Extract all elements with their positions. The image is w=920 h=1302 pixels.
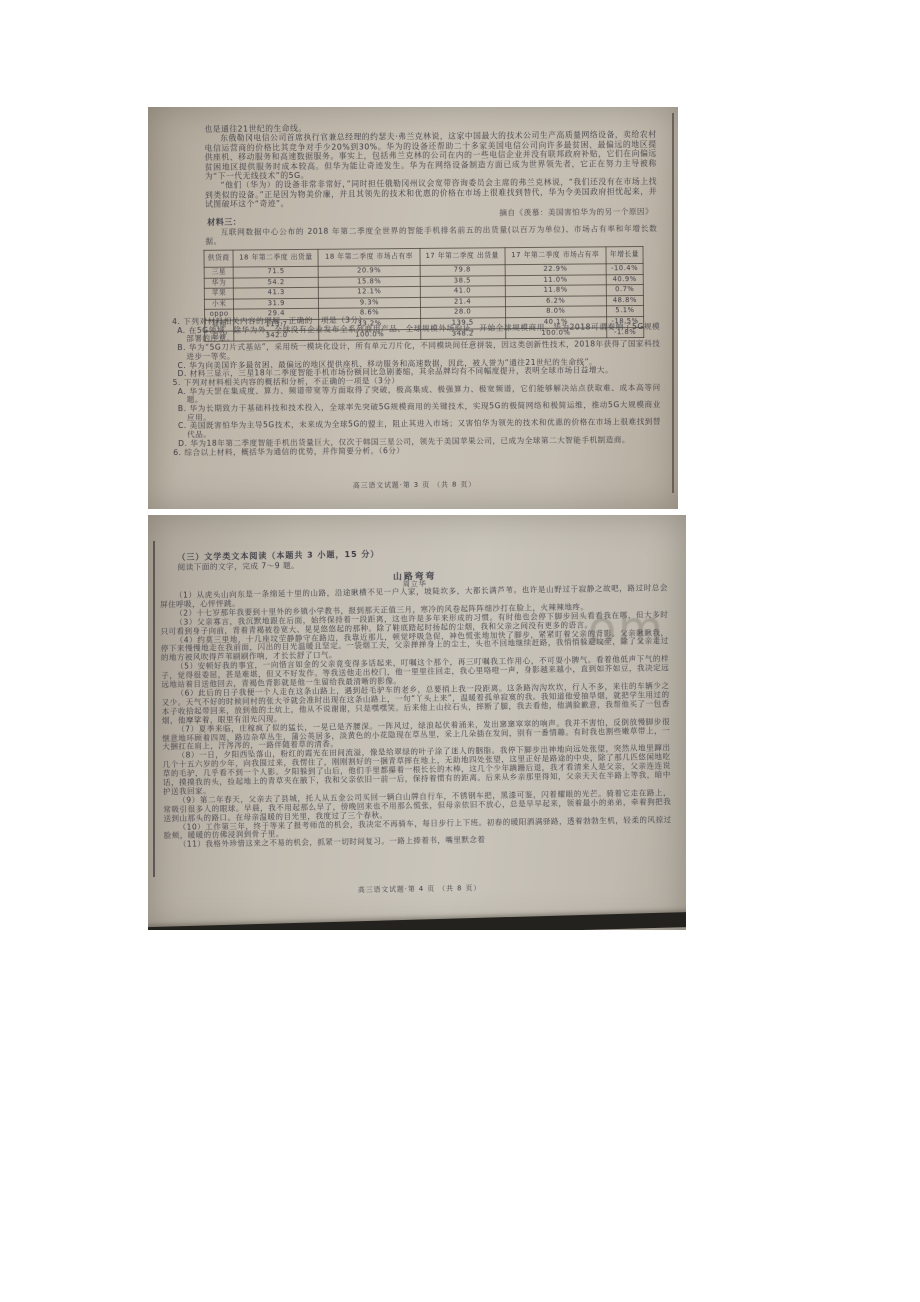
table-cell: 79.8 [420,265,505,276]
page-2-footer: 高三语文试题·第 4 页 （共 8 页） [151,879,686,897]
paragraph: 东俄勒冈电信公司首席执行官兼总经理的约瑟夫·弗兰克林说，这家中国最大的技术公司生… [204,130,656,181]
story-paragraphs: （1）从虎头山向东是一条绵延十里的山路，沿途瞅横不见一户人家，坡陡坎多，大都长满… [160,584,672,850]
table-cell: 21.4 [420,296,505,307]
page-1-content: 也是通往21世纪的生命线。 东俄勒冈电信公司首席执行官兼总经理的约瑟夫·弗兰克林… [148,107,678,509]
material-2-text: 也是通往21世纪的生命线。 东俄勒冈电信公司首席执行官兼总经理的约瑟夫·弗兰克林… [204,121,657,220]
table-header-cell: 17 年第二季度 出货量 [419,248,504,266]
material-3-heading: 材料三： [207,216,241,227]
table-cell: 54.2 [233,277,318,288]
material-3-intro: 互联网数据中心公布的 2018 年第二季度全世界的智能手机排名前五的出货量(以百… [205,224,657,246]
table-cell: 0.7% [606,285,643,296]
table-cell: 苹果 [204,288,233,299]
page-1-footer: 高三语文试题·第 3 页 （共 8 页） [150,477,678,492]
page-2-content: （三）文学类文本阅读（本题共 3 小题，15 分） 阅读下面的文字，完成 7～9… [148,515,686,930]
table-header-cell: 17 年第二季度 市场占有率 [505,247,606,265]
question-5-options: A. 华为天罡在集成度、算力、频谱带宽等方面取得了突破，极高集成、极强算力、极宽… [173,383,662,448]
table-cell: 48.8% [606,295,643,306]
table-cell: 40.9% [606,274,643,285]
table-cell: 41.3 [234,288,319,299]
question-4-options: A. 在5G领域，除华为外，全球没有企业发布全系列商用产品、全球规模外场验证、开… [172,323,660,379]
scanned-page-1: 也是通往21世纪的生命线。 东俄勒冈电信公司首席执行官兼总经理的约瑟夫·弗兰克林… [148,107,678,509]
table-header-cell: 18 年第二季度 市场占有率 [318,248,419,266]
table-cell: 三星 [204,267,233,278]
questions-block: 4. 下列对材料相关内容的理解，正确的一项是（3分） A. 在5G领域，除华为外… [172,314,661,458]
table-cell: 31.9 [234,298,319,309]
table-header-cell: 18 年第二季度 出货量 [233,249,318,267]
table-cell: 71.5 [233,266,318,277]
document-viewer-page: { "meta": { "paper_color": "#c4bdb1", "i… [0,0,920,1302]
table-cell: 华为 [204,278,233,289]
table-cell: 38.5 [420,275,505,286]
table-header-cell: 供货商 [204,250,233,267]
table-cell: 41.0 [420,286,505,297]
paragraph: “他们（华为）的设备非常非常好，”同时担任俄勒冈州议会宽带咨询委员会主席的弗兰克… [205,177,657,209]
table-cell: 小米 [204,299,233,310]
table-header-cell: 年增长量 [606,246,643,263]
table-cell: -10.4% [606,263,643,274]
scanned-page-2: om （三）文学类文本阅读（本题共 3 小题，15 分） 阅读下面的文字，完成 … [148,515,686,930]
